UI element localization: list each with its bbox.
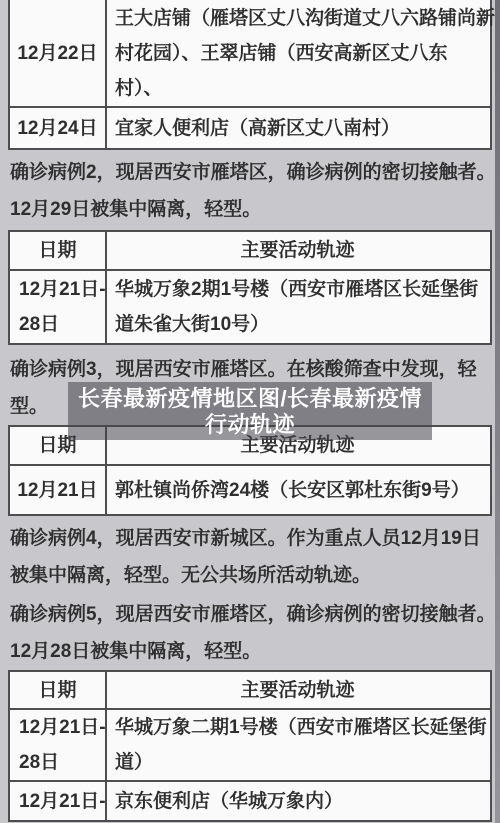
case2-paragraph: 确诊病例2，现居西安市雁塔区，确诊病例的密切接触者。 12月29日被集中隔离，轻… bbox=[10, 154, 494, 228]
activity-text: 宜家人便利店（高新区丈八南村） bbox=[115, 111, 488, 146]
activity-cell: 郭杜镇尚侨湾24楼（长安区郭杜东街9号） bbox=[107, 466, 490, 514]
activity-text: 郭杜镇尚侨湾24楼（长安区郭杜东街9号） bbox=[115, 473, 488, 508]
table-header-row: 日期 主要活动轨迹 bbox=[10, 672, 490, 708]
watermark-title-line2: 行动轨迹 bbox=[68, 412, 432, 438]
case2-trajectory-table: 日期 主要活动轨迹 12月21日- 28日 华城万象2期1号楼（西安市雁塔区长延… bbox=[8, 230, 492, 345]
activity-header-label: 主要活动轨迹 bbox=[240, 673, 354, 708]
activity-text: 村）、 bbox=[115, 71, 495, 106]
table-row: 12月21日 郭杜镇尚侨湾24楼（长安区郭杜东街9号） bbox=[10, 464, 490, 514]
table-row: 12月21日- 28日 华城万象2期1号楼（西安市雁塔区长延堡街 道朱雀大街10… bbox=[10, 269, 490, 343]
activity-cell: 华城万象二期1号楼（西安市雁塔区长延堡街 道） bbox=[107, 710, 490, 780]
activity-text: 京东便利店（华城万象内） bbox=[115, 784, 488, 819]
paragraph-line: 12月29日被集中隔离，轻型。 bbox=[10, 191, 494, 228]
activity-header-label: 主要活动轨迹 bbox=[240, 233, 354, 268]
paragraph-line: 确诊病例4，现居西安市新城区。作为重点人员12月19日 bbox=[10, 520, 494, 557]
table-row: 12月24日 宜家人便利店（高新区丈八南村） bbox=[10, 106, 490, 148]
date-cell: 12月21日- 28日 bbox=[10, 271, 107, 343]
watermark-title-line1: 长春最新疫情地区图/长春最新疫情 bbox=[68, 386, 432, 412]
activity-text: 华城万象2期1号楼（西安市雁塔区长延堡街 bbox=[115, 272, 488, 307]
activity-cell: 华城万象2期1号楼（西安市雁塔区长延堡街 道朱雀大街10号） bbox=[107, 271, 490, 343]
activity-header-cell: 主要活动轨迹 bbox=[107, 672, 490, 708]
activity-cell: 王大店铺（雁塔区丈八沟街道丈八六路铺尚新 村花园）、王翠店铺（西安高新区丈八东 … bbox=[107, 0, 497, 106]
activity-text: 王大店铺（雁塔区丈八沟街道丈八六路铺尚新 bbox=[115, 1, 495, 36]
date-cell: 12月21日 bbox=[10, 466, 107, 514]
paragraph-line: 12月28日被集中隔离，轻型。 bbox=[10, 633, 494, 670]
table-header-row: 日期 主要活动轨迹 bbox=[10, 232, 490, 269]
date-cell: 12月22日 bbox=[10, 0, 107, 106]
activity-text: 道） bbox=[115, 745, 488, 780]
activity-text: 村花园）、王翠店铺（西安高新区丈八东 bbox=[115, 36, 495, 71]
date-text: 12月22日 bbox=[17, 36, 97, 71]
date-cell: 12月21日- 28日 bbox=[10, 710, 107, 780]
trajectory-table-top: 12月22日 王大店铺（雁塔区丈八沟街道丈八六路铺尚新 村花园）、王翠店铺（西安… bbox=[8, 0, 492, 150]
activity-text: 华城万象二期1号楼（西安市雁塔区长延堡街 bbox=[115, 710, 488, 745]
paragraph-line: 确诊病例2，现居西安市雁塔区，确诊病例的密切接触者。 bbox=[10, 154, 494, 191]
paragraph-line: 确诊病例5，现居西安市雁塔区，确诊病例的密切接触者。 bbox=[10, 596, 494, 633]
case5-trajectory-table: 日期 主要活动轨迹 12月21日- 28日 华城万象二期1号楼（西安市雁塔区长延… bbox=[8, 670, 492, 822]
date-header-cell: 日期 bbox=[10, 232, 107, 269]
activity-text: 道朱雀大街10号） bbox=[115, 307, 488, 342]
date-header-cell: 日期 bbox=[10, 672, 107, 708]
epidemic-document-photo: { "colors": { "page_background": "#c8c7c… bbox=[0, 0, 500, 823]
case5-paragraph: 确诊病例5，现居西安市雁塔区，确诊病例的密切接触者。 12月28日被集中隔离，轻… bbox=[10, 596, 494, 670]
date-text: 12月21日- bbox=[19, 784, 105, 819]
case4-paragraph: 确诊病例4，现居西安市新城区。作为重点人员12月19日 被集中隔离，轻型。无公共… bbox=[10, 520, 494, 594]
date-cell: 12月24日 bbox=[10, 108, 107, 148]
photo-edge-strip bbox=[495, 0, 500, 823]
date-text: 28日 bbox=[19, 307, 105, 342]
activity-cell: 宜家人便利店（高新区丈八南村） bbox=[107, 108, 490, 148]
paragraph-line: 被集中隔离，轻型。无公共场所活动轨迹。 bbox=[10, 557, 494, 594]
table-row: 12月22日 王大店铺（雁塔区丈八沟街道丈八六路铺尚新 村花园）、王翠店铺（西安… bbox=[10, 0, 490, 106]
activity-header-cell: 主要活动轨迹 bbox=[107, 232, 490, 269]
date-text: 12月24日 bbox=[17, 111, 97, 146]
date-cell: 12月21日- bbox=[10, 782, 107, 820]
table-row: 12月21日- 京东便利店（华城万象内） bbox=[10, 780, 490, 820]
date-text: 12月21日 bbox=[17, 473, 97, 508]
date-header-label: 日期 bbox=[38, 233, 76, 268]
date-header-label: 日期 bbox=[38, 673, 76, 708]
date-text: 28日 bbox=[19, 745, 105, 780]
table-row: 12月21日- 28日 华城万象二期1号楼（西安市雁塔区长延堡街 道） bbox=[10, 708, 490, 780]
activity-cell: 京东便利店（华城万象内） bbox=[107, 782, 490, 820]
date-text: 12月21日- bbox=[19, 710, 105, 745]
date-text: 12月21日- bbox=[19, 272, 105, 307]
watermark-overlay: 长春最新疫情地区图/长春最新疫情 行动轨迹 bbox=[68, 382, 432, 440]
